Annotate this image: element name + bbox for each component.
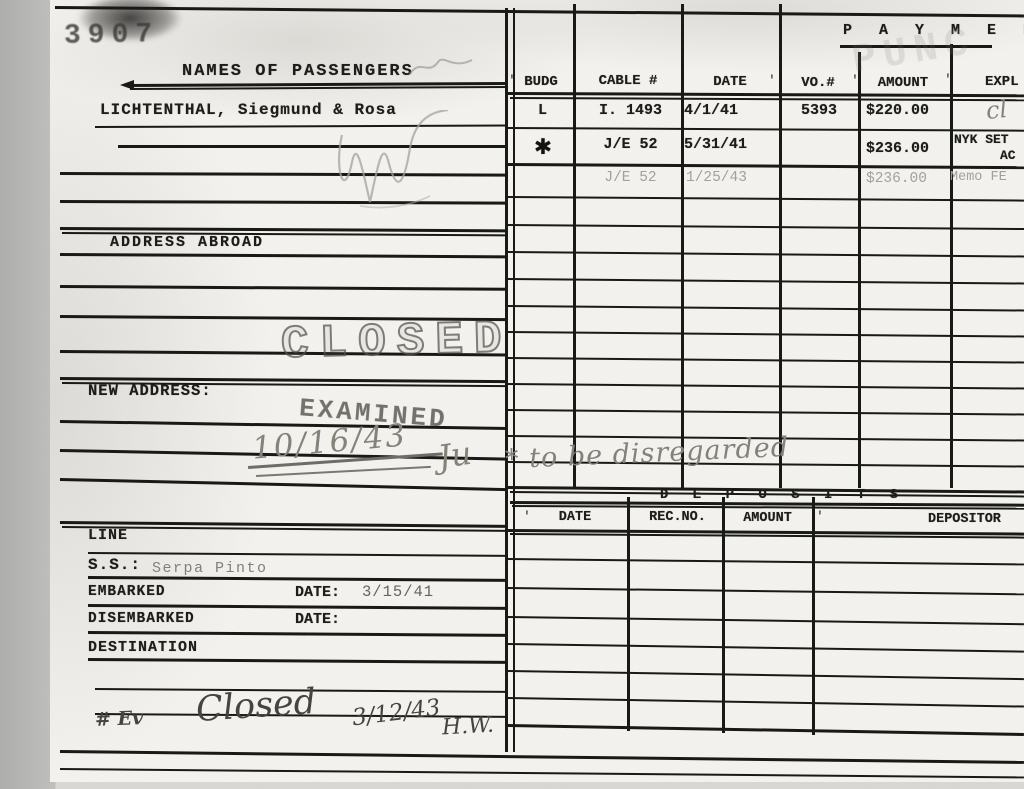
scanned-card-page: 3907 NAMES OF PASSENGERS LICHTENTHAL, Si… bbox=[0, 0, 1024, 789]
scan-grain-overlay bbox=[0, 0, 1024, 789]
